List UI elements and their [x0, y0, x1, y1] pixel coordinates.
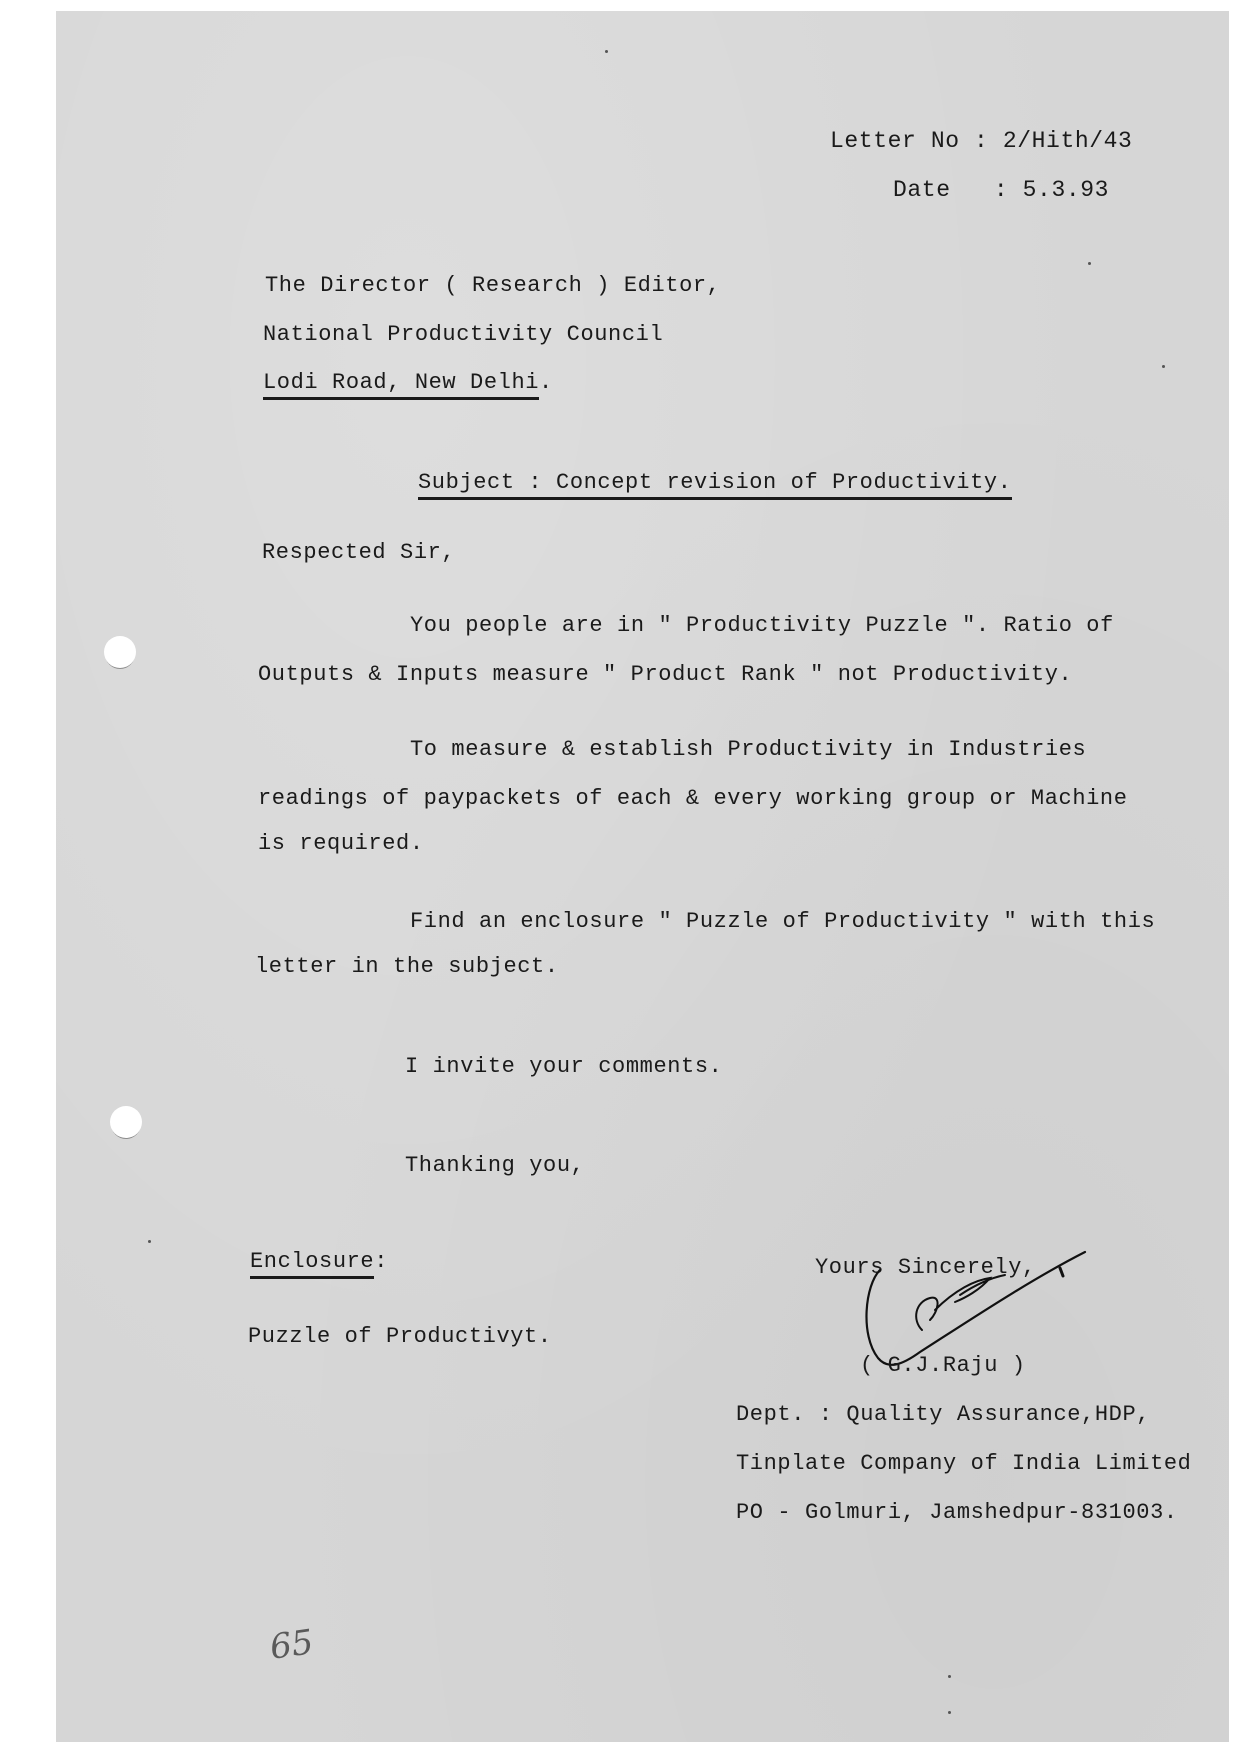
date-value: 5.3.93	[1023, 177, 1109, 203]
scan-speck	[948, 1711, 951, 1714]
body-paragraph-4: I invite your comments.	[405, 1056, 722, 1078]
letter-number-label: Letter No	[830, 128, 960, 154]
date-label: Date	[893, 177, 951, 203]
body-paragraph-3-line-1: Find an enclosure " Puzzle of Productivi…	[410, 911, 1155, 933]
enclosure-item: Puzzle of Productivyt.	[248, 1326, 552, 1348]
closing-thanks: Thanking you,	[405, 1155, 584, 1177]
signatory-company: Tinplate Company of India Limited	[736, 1453, 1191, 1475]
body-paragraph-2-line-1: To measure & establish Productivity in I…	[410, 739, 1086, 761]
body-paragraph-1-line-1: You people are in " Productivity Puzzle …	[410, 615, 1114, 637]
letter-number-value: 2/Hith/43	[1003, 128, 1133, 154]
scan-speck	[605, 50, 608, 53]
punch-hole-bottom	[110, 1106, 142, 1138]
recipient-line-2: National Productivity Council	[263, 324, 663, 346]
subject-line: Subject : Concept revision of Productivi…	[418, 472, 1012, 494]
scan-speck	[948, 1675, 951, 1678]
body-paragraph-2-line-2: readings of paypackets of each & every w…	[258, 788, 1128, 810]
salutation: Respected Sir,	[262, 542, 455, 564]
handwritten-page-number: 65	[267, 1622, 315, 1668]
letter-date: Date : 5.3.93	[893, 179, 1109, 202]
recipient-line-1: The Director ( Research ) Editor,	[265, 275, 720, 297]
scanned-letter-page	[56, 11, 1229, 1742]
punch-hole-top	[104, 636, 136, 668]
date-separator: :	[994, 177, 1008, 203]
scan-speck	[1088, 262, 1091, 265]
letter-number: Letter No : 2/Hith/43	[830, 130, 1132, 153]
body-paragraph-2-line-3: is required.	[258, 833, 424, 855]
body-paragraph-3-line-2: letter in the subject.	[255, 956, 559, 978]
enclosure-label: Enclosure:	[250, 1251, 388, 1273]
recipient-address-underlined: Lodi Road, New Delhi	[263, 370, 539, 400]
signatory-address: PO - Golmuri, Jamshedpur-831003.	[736, 1502, 1178, 1524]
recipient-line-3: Lodi Road, New Delhi.	[263, 372, 553, 394]
signatory-name: ( G.J.Raju )	[860, 1355, 1026, 1377]
subject-text: Subject : Concept revision of Productivi…	[418, 470, 1012, 500]
body-paragraph-1-line-2: Outputs & Inputs measure " Product Rank …	[258, 664, 1072, 686]
scan-right-edge	[1229, 11, 1241, 1742]
scan-speck	[148, 1240, 151, 1243]
signatory-department: Dept. : Quality Assurance,HDP,	[736, 1404, 1150, 1426]
letter-number-separator: :	[974, 128, 988, 154]
scan-speck	[1162, 365, 1165, 368]
